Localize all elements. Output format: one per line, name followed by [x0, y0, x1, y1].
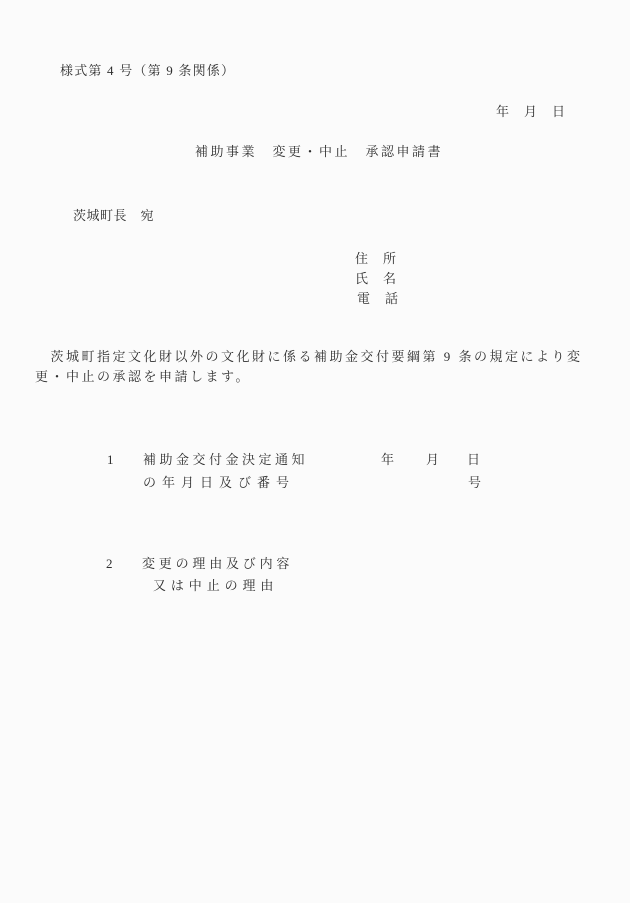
item-1-year-label: 年: [381, 451, 394, 469]
form-number: 様式第 4 号（第 9 条関係）: [60, 62, 235, 80]
item-2-number: 2: [106, 555, 113, 573]
name-label: 氏 名: [355, 270, 397, 288]
item-1-label-line-2: の年月日及び番号: [143, 474, 295, 492]
item-1-label-line-1: 補助金交付金決定通知: [143, 451, 308, 469]
item-1-day-label: 日: [467, 451, 480, 469]
item-2-label-line-2: 又は中止の理由: [153, 577, 278, 595]
phone-label: 電 話: [357, 290, 399, 308]
body-text-line-1: 茨城町指定文化財以外の文化財に係る補助金交付要綱第 9 条の規定により変: [35, 348, 583, 366]
document-page: 様式第 4 号（第 9 条関係） 年 月 日 補助事業 変更・中止 承認申請書 …: [0, 0, 630, 903]
item-1-number-suffix-label: 号: [468, 474, 481, 492]
addressee-line: 茨城町長 宛: [73, 207, 154, 225]
item-1-number: 1: [107, 451, 114, 469]
date-line: 年 月 日: [496, 103, 566, 121]
address-label: 住 所: [355, 250, 397, 268]
body-text-line-2: 更・中止の承認を申請します。: [35, 368, 251, 386]
item-2-label-line-1: 変更の理由及び内容: [142, 555, 293, 573]
page-title: 補助事業 変更・中止 承認申請書: [195, 143, 443, 161]
item-1-month-label: 月: [426, 451, 439, 469]
